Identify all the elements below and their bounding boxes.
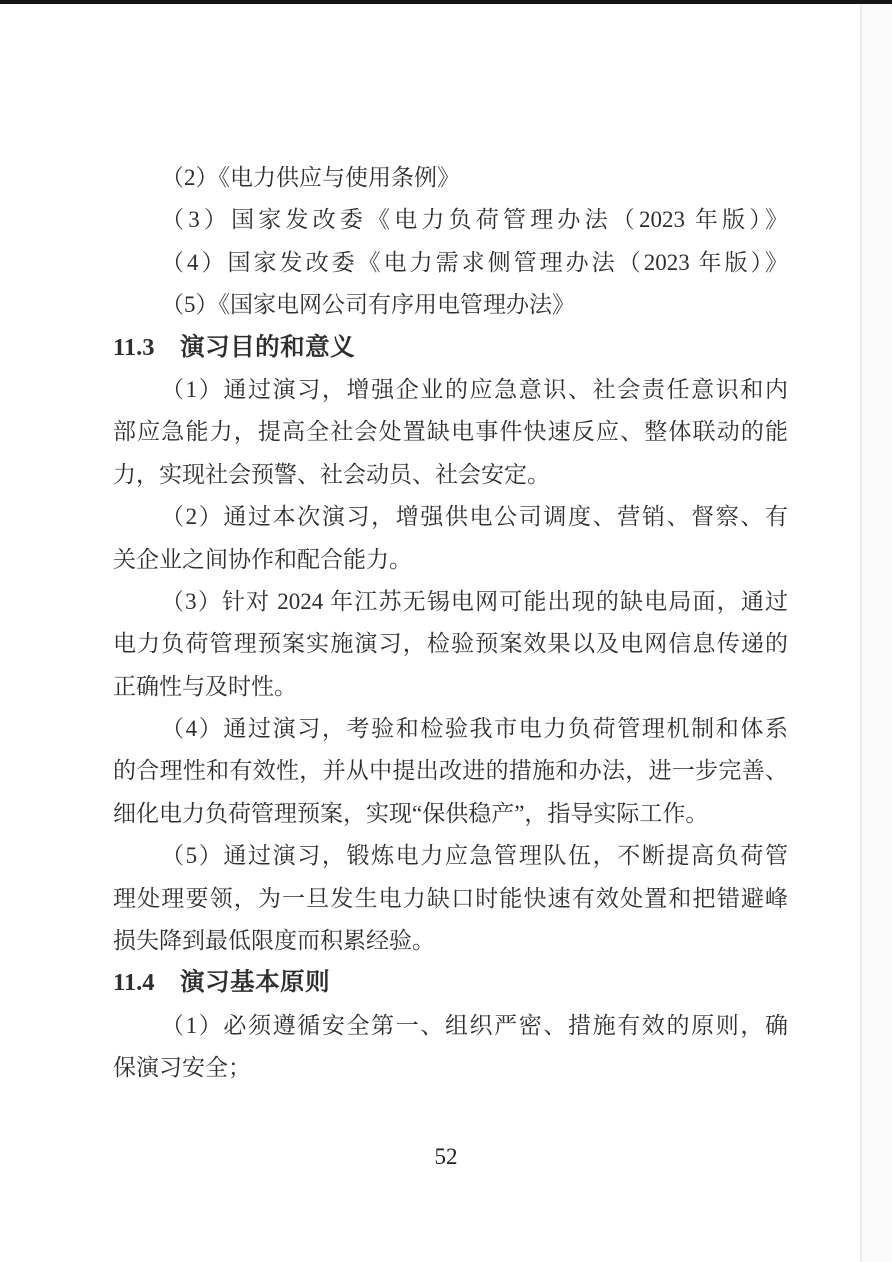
- section-number: 11.4: [113, 969, 155, 996]
- paragraph-line: 力，实现社会预警、社会动员、社会安定。: [113, 454, 788, 496]
- page-text-block: （2）《电力供应与使用条例》 （3）国家发改委《电力负荷管理办法（2023 年版…: [113, 157, 788, 1090]
- paragraph-line: 保演习安全；: [113, 1047, 788, 1089]
- paragraph-line: 正确性与及时性。: [113, 666, 788, 708]
- scan-edge-right-line: [860, 4, 862, 1262]
- reference-item-3: （3）国家发改委《电力负荷管理办法（2023 年版）》: [113, 199, 788, 241]
- scanned-document-page: （2）《电力供应与使用条例》 （3）国家发改委《电力负荷管理办法（2023 年版…: [0, 0, 892, 1262]
- reference-item-2: （2）《电力供应与使用条例》: [113, 157, 788, 199]
- reference-item-4: （4）国家发改委《电力需求侧管理办法（2023 年版）》: [113, 242, 788, 284]
- paragraph-line: （2）通过本次演习，增强供电公司调度、营销、督察、有: [113, 496, 788, 538]
- scan-edge-top: [0, 0, 892, 4]
- paragraph-line: 理处理要领，为一旦发生电力缺口时能快速有效处置和把错避峰: [113, 878, 788, 920]
- section-heading-11-3: 11.3 演习目的和意义: [113, 327, 788, 369]
- paragraph-line: （1）通过演习，增强企业的应急意识、社会责任意识和内: [113, 369, 788, 411]
- page-number: 52: [0, 1144, 892, 1170]
- scan-edge-right-tint: [862, 4, 892, 1262]
- paragraph-line: （4）通过演习，考验和检验我市电力负荷管理机制和体系: [113, 708, 788, 750]
- paragraph-line: （3）针对 2024 年江苏无锡电网可能出现的缺电局面，通过: [113, 581, 788, 623]
- section-title: 演习目的和意义: [180, 334, 355, 361]
- paragraph-line: 关企业之间协作和配合能力。: [113, 539, 788, 581]
- reference-item-5: （5）《国家电网公司有序用电管理办法》: [113, 284, 788, 326]
- paragraph-line: （5）通过演习，锻炼电力应急管理队伍，不断提高负荷管: [113, 835, 788, 877]
- paragraph-line: 细化电力负荷管理预案，实现“保供稳产”，指导实际工作。: [113, 793, 788, 835]
- paragraph-line: 电力负荷管理预案实施演习，检验预案效果以及电网信息传递的: [113, 623, 788, 665]
- paragraph-line: （1）必须遵循安全第一、组织严密、措施有效的原则，确: [113, 1005, 788, 1047]
- section-title: 演习基本原则: [180, 969, 330, 996]
- section-number: 11.3: [113, 334, 155, 361]
- paragraph-line: 损失降到最低限度而积累经验。: [113, 920, 788, 962]
- paragraph-line: 的合理性和有效性，并从中提出改进的措施和办法，进一步完善、: [113, 750, 788, 792]
- section-heading-11-4: 11.4 演习基本原则: [113, 962, 788, 1004]
- paragraph-line: 部应急能力，提高全社会处置缺电事件快速反应、整体联动的能: [113, 411, 788, 453]
